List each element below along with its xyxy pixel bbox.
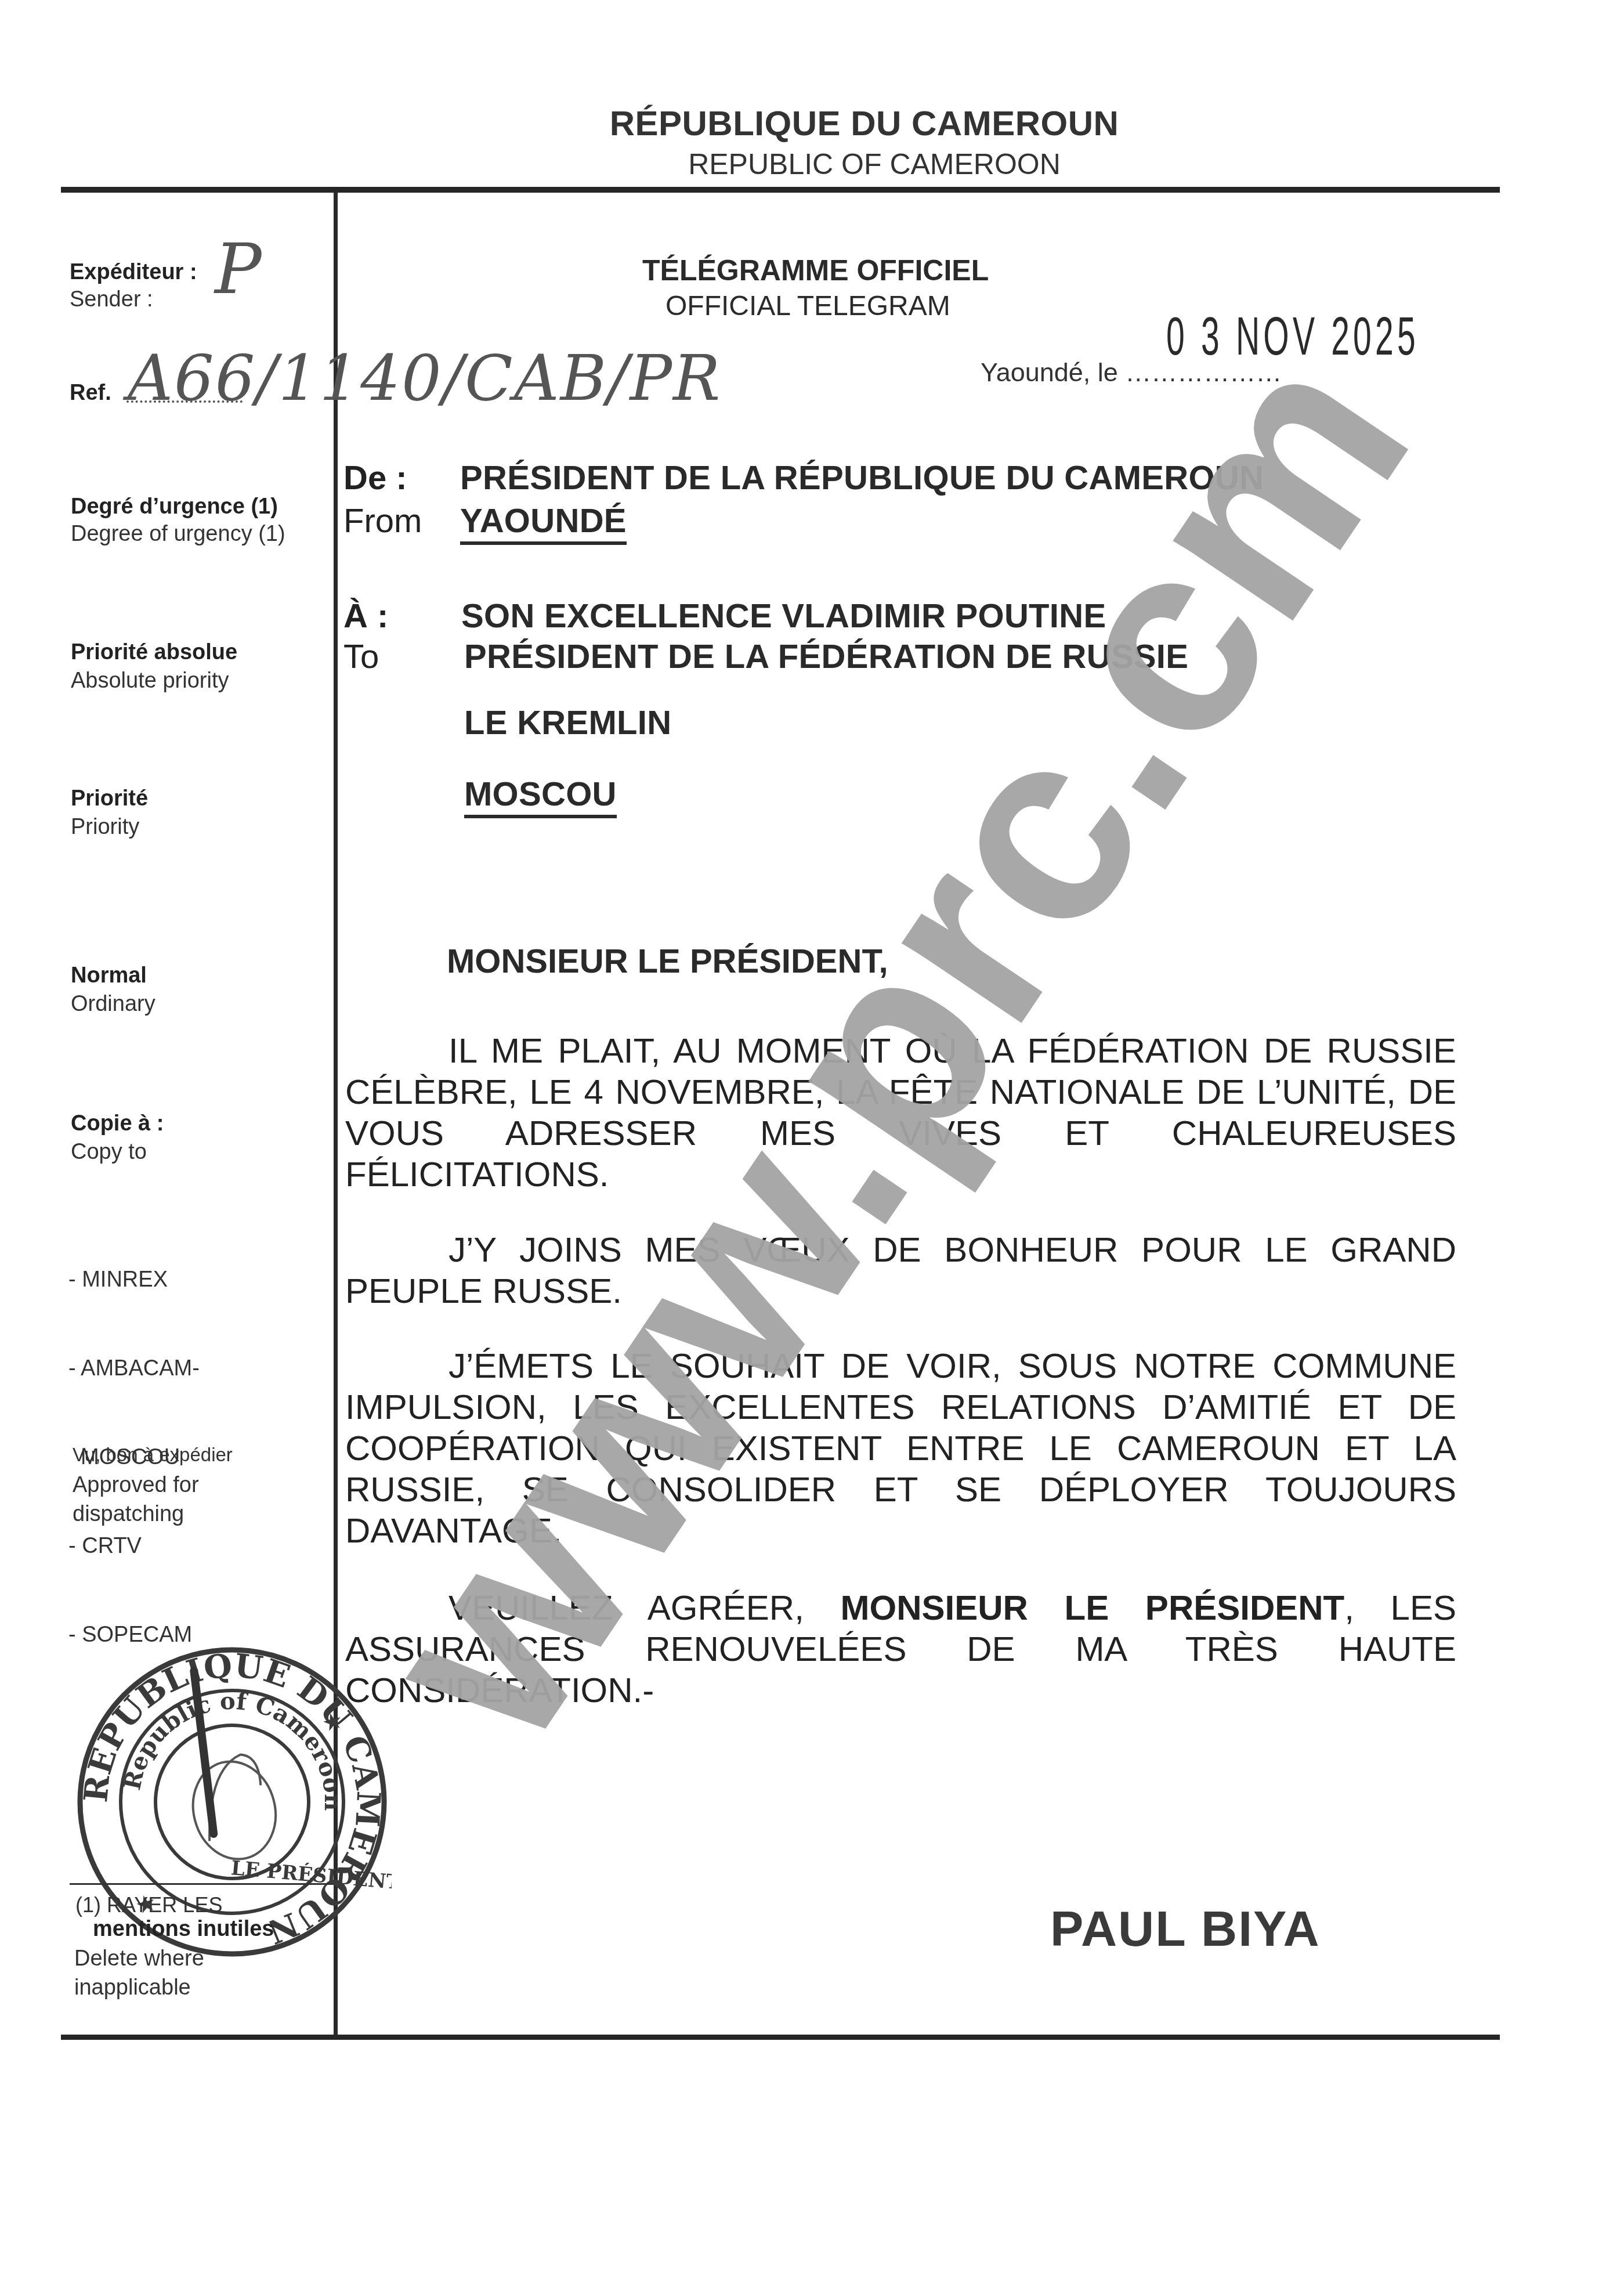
- approved-label-en-2: dispatching: [73, 1500, 233, 1529]
- from-key-en: From: [343, 501, 422, 540]
- sender-label-en: Sender :: [70, 287, 197, 312]
- closing-bold: MONSIEUR LE PRÉSIDENT: [841, 1588, 1345, 1627]
- paragraph-1-text: IL ME PLAIT, AU MOMENT OÙ LA FÉDÉRATION …: [345, 1030, 1456, 1195]
- ref-label: Ref.: [70, 381, 111, 406]
- from-line-2: YAOUNDÉ: [460, 501, 627, 545]
- from-line-1: PRÉSIDENT DE LA RÉPUBLIQUE DU CAMEROUN: [460, 458, 1264, 497]
- to-line-3: LE KREMLIN: [464, 703, 671, 742]
- urgency-label-en: Degree of urgency (1): [71, 522, 285, 547]
- copy-recipient: - MINREX: [68, 1265, 200, 1295]
- paragraph-3: J’ÉMETS LE SOUHAIT DE VOIR, SOUS NOTRE C…: [345, 1345, 1456, 1551]
- delete-note-fr-2: mentions inutiles: [93, 1917, 274, 1942]
- copy-list: - MINREX - AMBACAM- MOSCOU - CRTV - SOPE…: [68, 1206, 200, 1679]
- urgency-field: Degré d’urgence (1) Degree of urgency (1…: [71, 494, 285, 547]
- delete-note-en: Delete where inapplicable: [74, 1944, 204, 2002]
- sender-field: Expéditeur : Sender :: [70, 260, 197, 312]
- closing-pre: VEUILLEZ AGRÉER,: [449, 1588, 841, 1627]
- copy-field: Copie à : Copy to: [71, 1111, 164, 1165]
- delete-note-fr-1: (1) RAYER LES: [75, 1893, 222, 1917]
- copy-recipient: - AMBACAM-: [68, 1354, 200, 1383]
- place-date-label: Yaoundé, le ………………: [981, 357, 1282, 388]
- copy-label-en: Copy to: [71, 1140, 164, 1165]
- telegram-title-fr: TÉLÉGRAMME OFFICIEL: [642, 254, 989, 287]
- ref-handwritten: A66/1140/CAB/PR: [128, 342, 721, 415]
- approved-field: Vu, bon à expédier Approved for dispatch…: [73, 1444, 233, 1529]
- normal-label-en: Ordinary: [71, 992, 155, 1017]
- delete-note-en-1: Delete where: [74, 1944, 204, 1973]
- closing-paragraph: VEUILLEZ AGRÉER, MONSIEUR LE PRÉSIDENT, …: [345, 1587, 1456, 1711]
- absolute-priority-label-fr: Priorité absolue: [71, 640, 237, 665]
- paragraph-2-text: J’Y JOINS MES VŒUX DE BONHEUR POUR LE GR…: [345, 1229, 1456, 1312]
- priority-label-fr: Priorité: [71, 786, 148, 811]
- to-line-2: PRÉSIDENT DE LA FÉDÉRATION DE RUSSIE: [464, 637, 1188, 676]
- to-line-4: MOSCOU: [464, 775, 617, 818]
- salutation: MONSIEUR LE PRÉSIDENT,: [447, 942, 888, 981]
- urgency-label-fr: Degré d’urgence (1): [71, 494, 285, 519]
- top-rule: [61, 187, 1500, 193]
- country-name-en: REPUBLIC OF CAMEROON: [0, 147, 1624, 181]
- country-name-fr: RÉPUBLIQUE DU CAMEROUN: [0, 103, 1624, 143]
- approved-label-en-1: Approved for: [73, 1471, 233, 1500]
- paragraph-3-text: J’ÉMETS LE SOUHAIT DE VOIR, SOUS NOTRE C…: [345, 1345, 1456, 1551]
- paragraph-2: J’Y JOINS MES VŒUX DE BONHEUR POUR LE GR…: [345, 1229, 1456, 1312]
- from-key-fr: De :: [343, 458, 407, 497]
- copy-label-fr: Copie à :: [71, 1111, 164, 1136]
- to-line-1: SON EXCELLENCE VLADIMIR POUTINE: [461, 597, 1106, 635]
- to-key-en: To: [343, 637, 379, 676]
- delete-note-en-2: inapplicable: [74, 1973, 204, 2002]
- copy-recipient: - CRTV: [68, 1531, 200, 1561]
- signatory-name: PAUL BIYA: [1050, 1901, 1321, 1958]
- normal-label-fr: Normal: [71, 963, 155, 988]
- paragraph-1: IL ME PLAIT, AU MOMENT OÙ LA FÉDÉRATION …: [345, 1030, 1456, 1195]
- to-key-fr: À :: [343, 597, 388, 635]
- delete-note-rule: [70, 1883, 334, 1885]
- absolute-priority-label-en: Absolute priority: [71, 669, 237, 693]
- normal-field: Normal Ordinary: [71, 963, 155, 1017]
- telegram-title-en: OFFICIAL TELEGRAM: [665, 290, 950, 322]
- priority-label-en: Priority: [71, 815, 148, 840]
- absolute-priority-field: Priorité absolue Absolute priority: [71, 640, 237, 693]
- sender-label-fr: Expéditeur :: [70, 260, 197, 285]
- sender-initial-handwritten: P: [215, 229, 262, 310]
- approved-label-fr: Vu, bon à expédier: [73, 1444, 233, 1466]
- bottom-rule: [61, 2035, 1500, 2040]
- priority-field: Priorité Priority: [71, 786, 148, 840]
